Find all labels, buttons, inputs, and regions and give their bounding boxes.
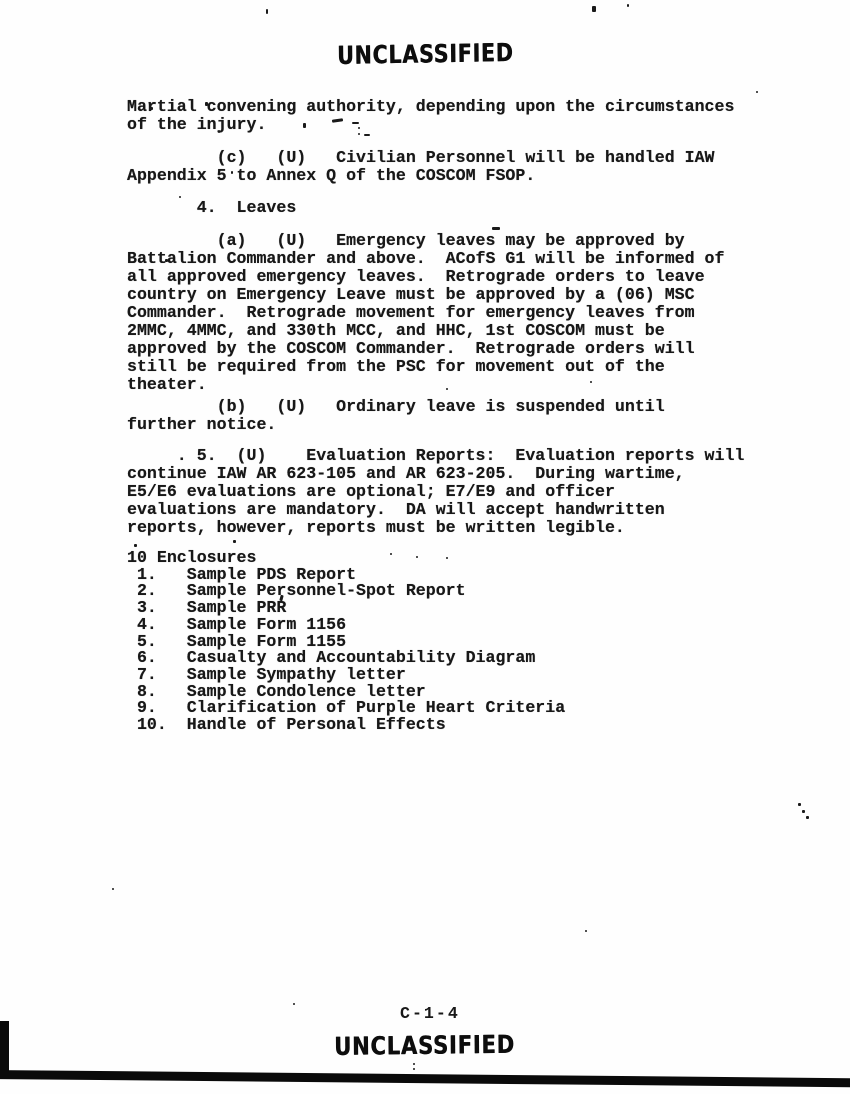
scan-noise-dot: [231, 171, 233, 174]
scan-noise-dot: [446, 388, 448, 390]
scan-noise-dot: [134, 544, 137, 547]
scan-noise-dot: [179, 196, 181, 198]
classification-stamp-top: UNCLASSIFIED: [337, 38, 514, 70]
scan-noise-dot: [590, 381, 592, 383]
scan-noise-dot: [218, 130, 220, 133]
scan-noise-dot: [585, 930, 587, 932]
scan-noise-dot: [416, 556, 418, 558]
page-number: C-1-4: [400, 1004, 460, 1023]
scan-noise-dot: [266, 9, 268, 14]
scan-noise-dot: [492, 227, 500, 230]
pen-mark: [364, 134, 370, 136]
scan-noise-dot: [165, 259, 168, 262]
scan-noise-dot: [592, 6, 596, 12]
paragraph-martial-continuation: Martial convening authority, depending u…: [127, 98, 734, 134]
scan-noise-dot: [233, 540, 236, 543]
scan-noise-dot: [798, 803, 801, 806]
paragraph-5-evaluation-reports: . 5. (U) Evaluation Reports: Evaluation …: [127, 447, 744, 537]
scan-noise-dot: [205, 102, 208, 106]
classification-stamp-bottom: UNCLASSIFIED: [334, 1030, 515, 1061]
scan-noise-dot: [446, 557, 448, 559]
scan-noise-dot: [150, 107, 153, 110]
scan-noise-dot: [627, 4, 629, 7]
paragraph-4b-ordinary-leave: (b) (U) Ordinary leave is suspended unti…: [127, 398, 665, 434]
scan-noise-dot: [413, 1063, 415, 1065]
paragraph-c-civilian-personnel: (c) (U) Civilian Personnel will be handl…: [127, 149, 715, 185]
scan-artifact-edge: [0, 1021, 9, 1074]
paragraph-4-leaves-heading: 4. Leaves: [127, 199, 296, 217]
scan-noise-dot: [413, 1068, 415, 1070]
scan-noise-dot: [112, 888, 114, 890]
document-page: UNCLASSIFIED UNCLASSIFIED Martial conven…: [0, 0, 850, 1094]
pen-mark: [352, 122, 359, 124]
scan-noise-dot: [806, 816, 809, 819]
scan-artifact-bar: [0, 1070, 850, 1087]
scan-noise-dot: [390, 553, 392, 555]
pen-mark: [358, 133, 360, 135]
pen-mark: [358, 127, 360, 129]
pen-mark: [303, 123, 306, 128]
scan-noise-dot: [802, 810, 805, 813]
paragraph-4a-emergency-leaves: (a) (U) Emergency leaves may be approved…: [127, 232, 724, 394]
scan-noise-dot: [756, 91, 758, 93]
enclosures-list: 10 Enclosures 1. Sample PDS Report 2. Sa…: [127, 550, 565, 734]
scan-noise-dot: [293, 1003, 295, 1005]
